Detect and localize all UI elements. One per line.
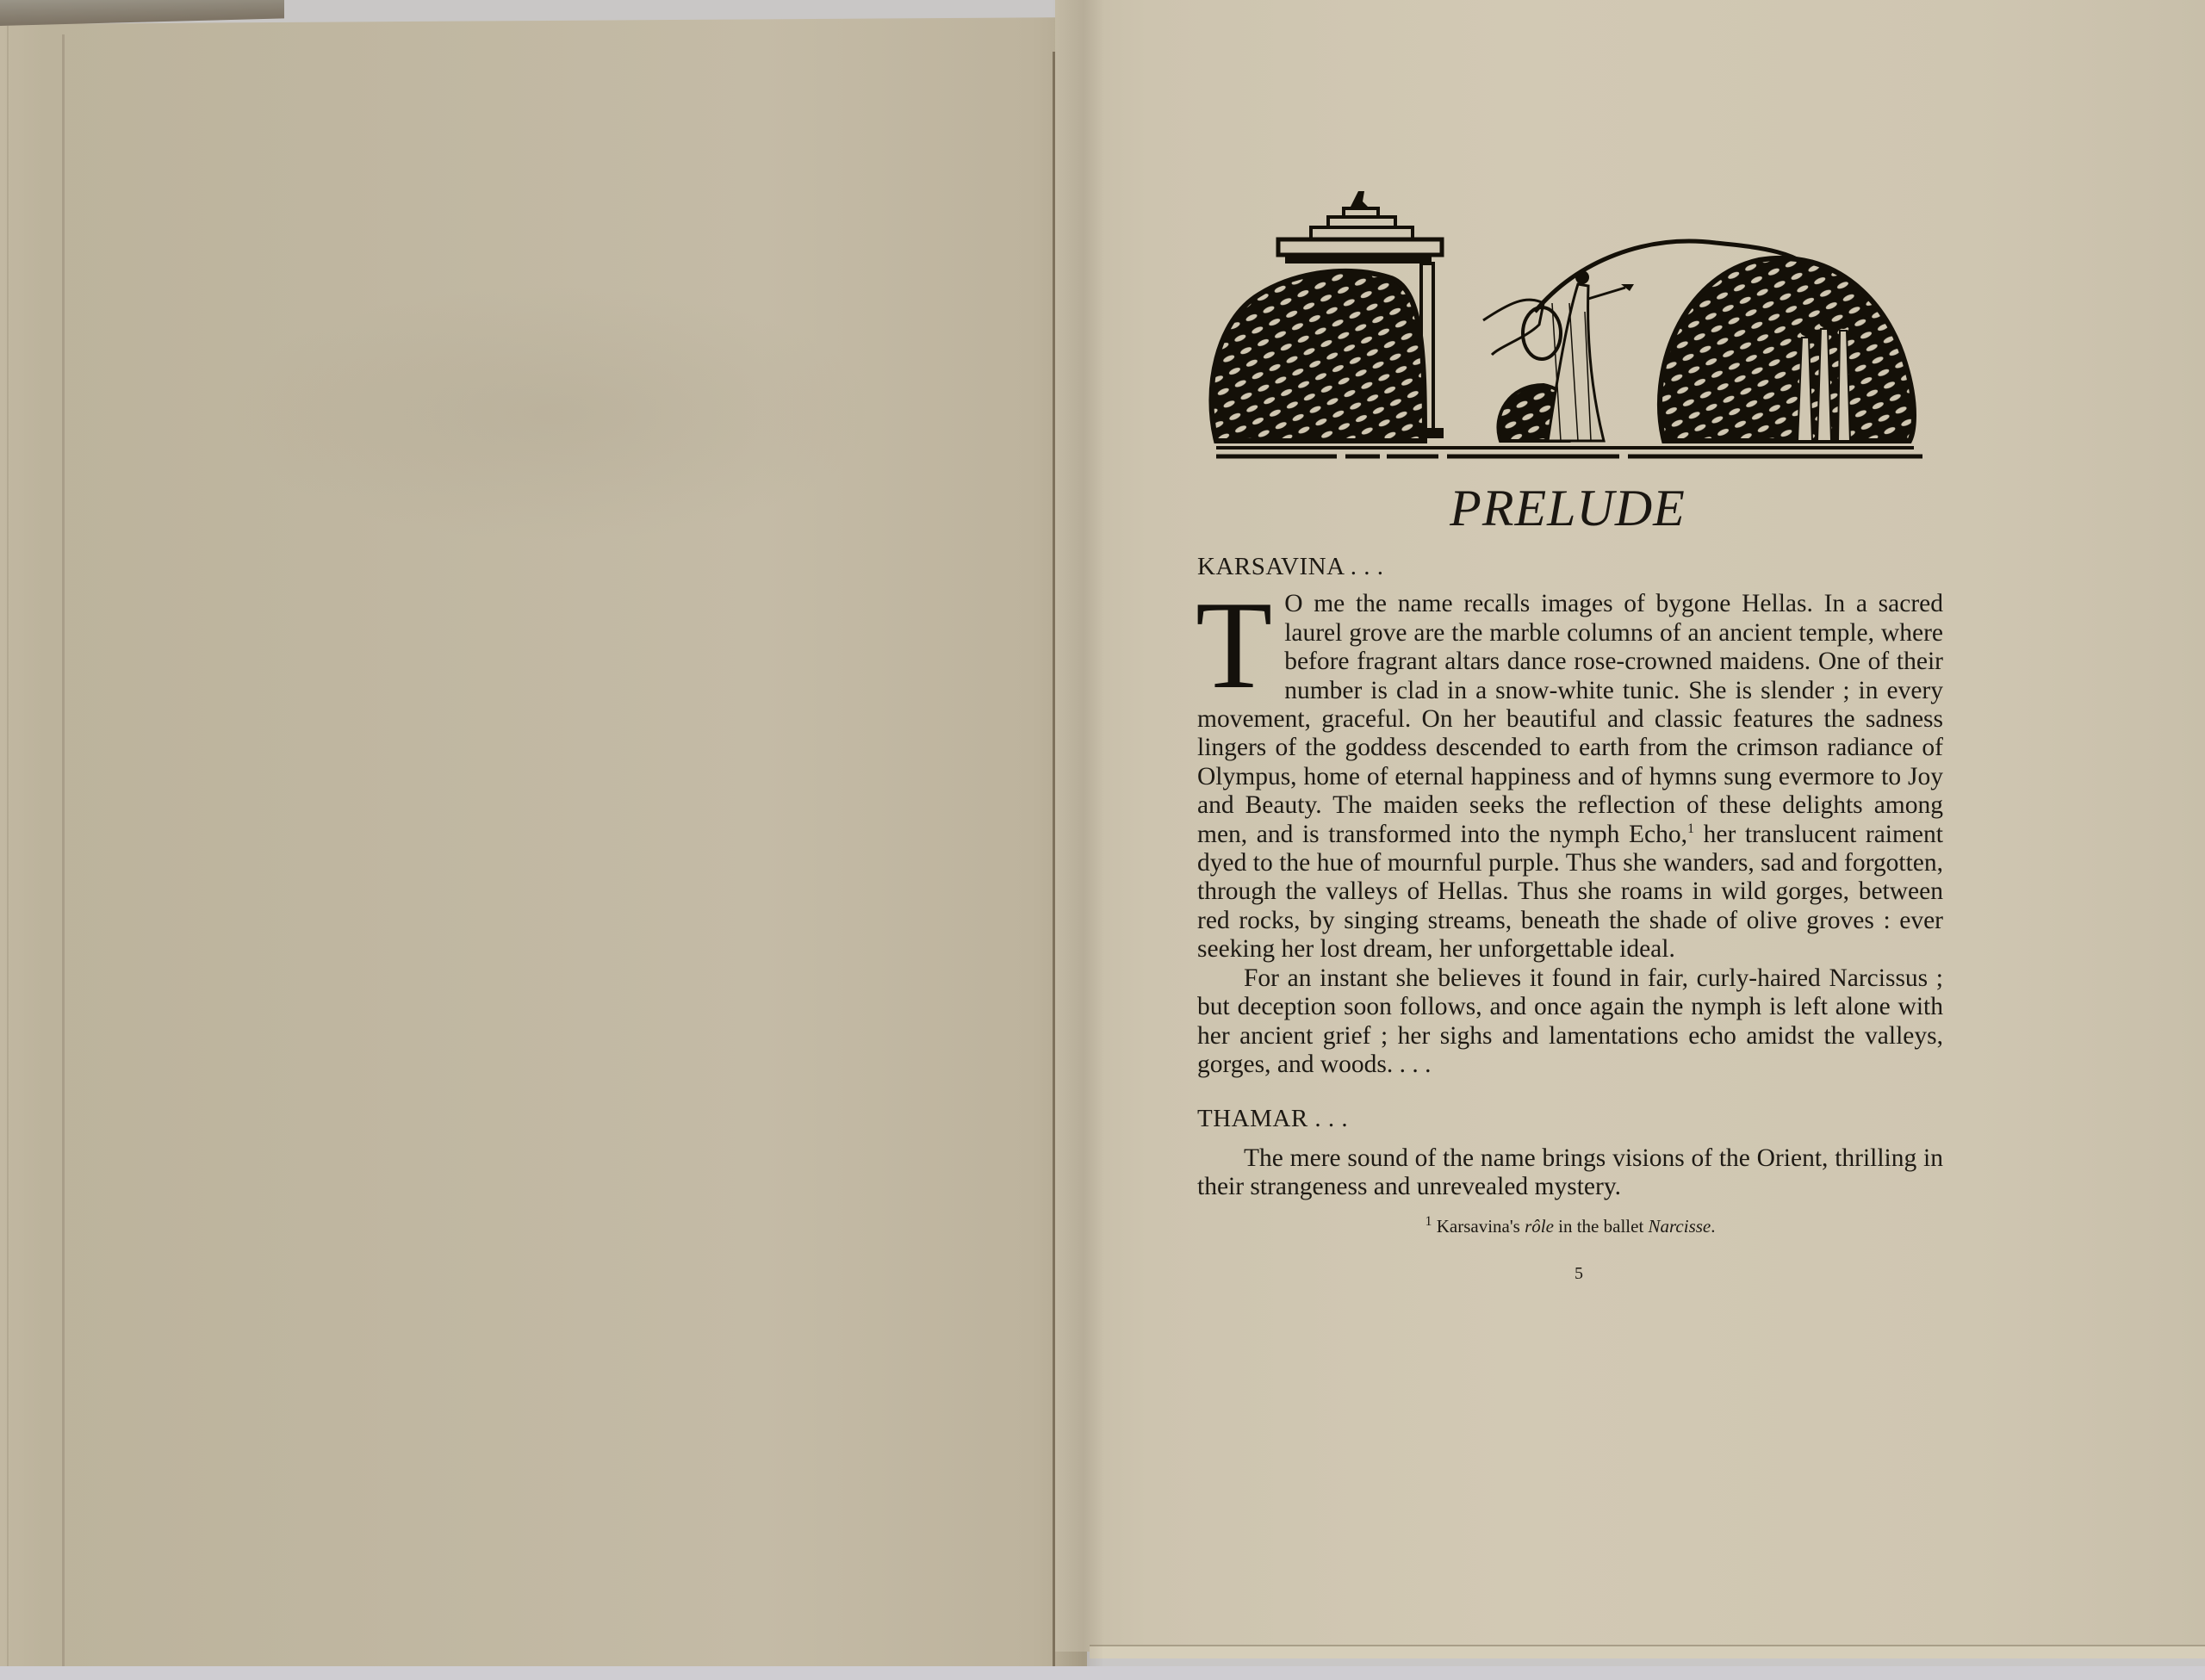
paragraph-karsavina-2: For an instant she believes it found in …	[1197, 964, 1943, 1080]
book-spine-crease	[1053, 52, 1055, 1671]
left-page-fold-line	[62, 34, 65, 1671]
chapter-title: PRELUDE	[1189, 479, 1947, 538]
nymph-figures-icon	[1798, 317, 1850, 441]
page-number: 5	[1214, 1260, 1943, 1288]
footnote: 1 Karsavina's rôle in the ballet Narciss…	[1197, 1212, 1943, 1241]
ink-show-through	[224, 284, 879, 542]
drop-cap-letter: T	[1196, 595, 1272, 697]
headpiece-illustration	[1199, 183, 1931, 467]
book-gutter-shadow	[1053, 0, 1104, 1680]
section-heading-thamar: THAMAR . . .	[1197, 1105, 1943, 1133]
footnote-reference[interactable]: 1	[1687, 821, 1694, 836]
book-cover-edge	[0, 0, 284, 26]
page-body-text: KARSAVINA . . . TO me the name recalls i…	[1197, 553, 1943, 1288]
left-page-edge	[7, 26, 9, 1671]
paragraph-thamar-1: The mere sound of the name brings vision…	[1197, 1144, 1943, 1202]
section-heading-karsavina: KARSAVINA . . .	[1197, 553, 1943, 581]
left-page-blank	[0, 17, 1087, 1675]
right-page-bottom-edge	[1090, 1645, 2205, 1658]
table-surface	[0, 1666, 2205, 1680]
paragraph-karsavina-1: TO me the name recalls images of bygone …	[1197, 590, 1943, 964]
open-book-spread: PRELUDE KARSAVINA . . . TO me the name r…	[0, 0, 2205, 1680]
